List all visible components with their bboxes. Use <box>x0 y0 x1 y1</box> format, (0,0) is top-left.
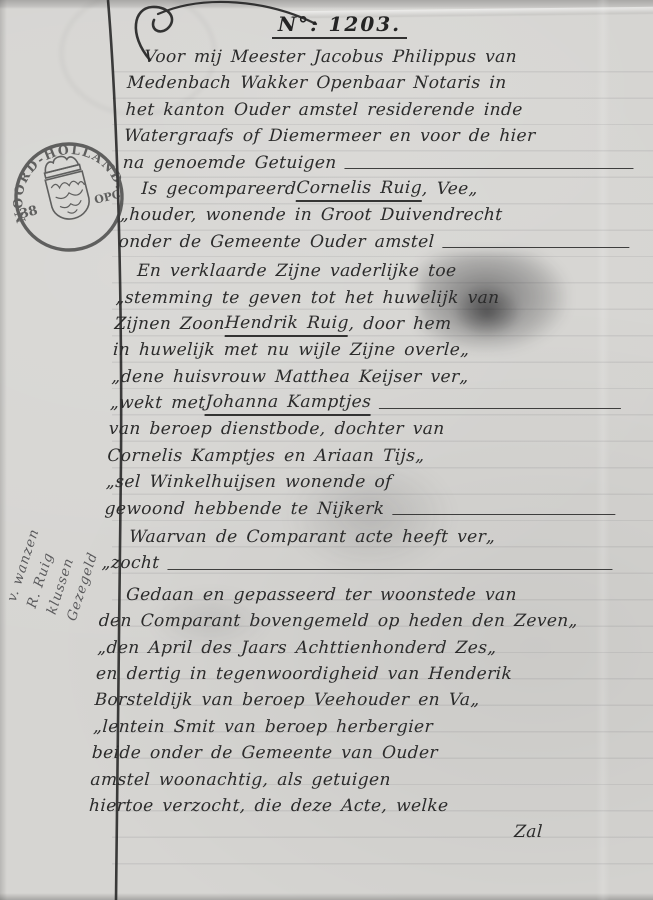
text-segment: „dene huisvrouw Matthea Keijser ver„ <box>111 364 470 390</box>
text-segment: van beroep dienstbode, dochter van <box>108 416 445 442</box>
text-segment: Zal <box>513 819 543 845</box>
doc-number: N°: 1203. <box>272 12 407 39</box>
doc-number-row: N°: 1203. <box>128 12 641 39</box>
document-line: Waarvan de Comparant acte heeft ver„ <box>102 524 616 550</box>
text-segment: Zijnen Zoon <box>114 311 226 337</box>
revenue-stamp: NOORD-HOLLAND. 38 OPC <box>8 136 130 258</box>
text-segment: Medenbach Wakker Openbaar Notaris in <box>126 70 507 96</box>
inline-rule <box>167 569 612 570</box>
text-segment: den Comparant bovengemeld op heden den Z… <box>98 608 579 634</box>
text-segment: „den April des Jaars Achttienhonderd Zes… <box>97 635 498 661</box>
document-line: Zal <box>87 819 601 845</box>
text-segment: Borsteldijk van beroep Veehouder en Va„ <box>94 687 480 713</box>
text-segment: En verklaarde Zijne vaderlijke toe <box>136 258 457 284</box>
text-segment: „stemming te geven tot het huwelijk van <box>115 285 500 311</box>
inline-rule <box>379 408 621 409</box>
crowned-lion-shield-icon <box>41 152 93 223</box>
document-line: onder de Gemeente Ouder amstel <box>118 229 632 255</box>
inline-rule <box>344 168 633 169</box>
document-line: gewoond hebbende te Nijkerk <box>104 496 618 522</box>
text-segment: „sel Winkelhuijsen wonende of <box>105 469 392 495</box>
document-line: „den April des Jaars Achttienhonderd Zes… <box>97 635 611 661</box>
text-segment: , Vee„ <box>421 176 478 202</box>
text-segment: en dertig in tegenwoordigheid van Hender… <box>95 661 513 687</box>
document-line: beide onder de Gemeente van Ouder <box>91 740 605 766</box>
inline-rule <box>392 514 615 515</box>
underlined-name: Cornelis Ruig <box>296 177 423 202</box>
text-segment: Is gecompareerd <box>141 176 297 202</box>
document-line: Voor mij Meester Jacobus Philippus van <box>128 44 642 70</box>
text-segment: het kanton Ouder amstel residerende inde <box>125 97 524 123</box>
document-line: hiertoe verzocht, die deze Acte, welke <box>88 793 602 819</box>
text-segment: „houder, wonende in Groot Duivendrecht <box>119 202 503 228</box>
underlined-name: Johanna Kamptjes <box>205 391 372 416</box>
text-segment: , door hem <box>348 311 452 337</box>
text-segment: Voor mij Meester Jacobus Philippus van <box>144 44 518 70</box>
left-edge-shadow <box>0 0 7 900</box>
text-segment: in huwelijk met nu wijle Zijne overle„ <box>112 337 470 363</box>
text-segment: Cornelis Kamptjes en Ariaan Tijs„ <box>107 443 426 469</box>
document-line: „stemming te geven tot het huwelijk van <box>115 285 629 311</box>
text-segment: „lentein Smit van beroep herbergier <box>93 714 434 740</box>
document-line: „houder, wonende in Groot Duivendrecht <box>119 202 633 228</box>
stamp-left-value: 38 <box>18 203 39 222</box>
text-segment: beide onder de Gemeente van Ouder <box>91 740 438 766</box>
document-line: Cornelis Kamptjes en Ariaan Tijs„ <box>107 443 621 469</box>
text-segment: hiertoe verzocht, die deze Acte, welke <box>88 793 449 819</box>
document-body: Voor mij Meester Jacobus Philippus vanMe… <box>87 44 642 846</box>
document-line: Watergraafs of Diemermeer en voor de hie… <box>123 123 637 149</box>
bottom-edge-shadow <box>0 893 653 900</box>
document-line: „zocht <box>101 550 615 576</box>
document-line: na genoemde Getuigen <box>122 150 636 176</box>
document-line: den Comparant bovengemeld op heden den Z… <box>98 608 612 634</box>
text-segment: Gedaan en gepasseerd ter woonstede van <box>125 582 517 608</box>
document-line: Gedaan en gepasseerd ter woonstede van <box>99 582 613 608</box>
text-segment: Watergraafs of Diemermeer en voor de hie… <box>123 123 536 149</box>
underlined-name: Hendrik Ruig <box>224 312 349 337</box>
document-line: „sel Winkelhuijsen wonende of <box>105 469 619 495</box>
text-segment: gewoond hebbende te Nijkerk <box>104 496 385 522</box>
document-line: „dene huisvrouw Matthea Keijser ver„ <box>111 364 625 390</box>
document-line: „wekt met Johanna Kamptjes <box>109 390 623 416</box>
document-line: in huwelijk met nu wijle Zijne overle„ <box>112 337 626 363</box>
document-line: Is gecompareerd Cornelis Ruig, Vee„ <box>121 176 635 202</box>
document-line: amstel woonachtig, als getuigen <box>90 767 604 793</box>
document-line: het kanton Ouder amstel residerende inde <box>125 97 639 123</box>
text-segment: Waarvan de Comparant acte heeft ver„ <box>128 524 496 550</box>
text-segment: amstel woonachtig, als getuigen <box>90 767 392 793</box>
document-line: Borsteldijk van beroep Veehouder en Va„ <box>94 687 608 713</box>
inline-rule <box>442 247 629 248</box>
document-line: En verklaarde Zijne vaderlijke toe <box>116 258 630 284</box>
document-line: van beroep dienstbode, dochter van <box>108 416 622 442</box>
text-segment: na genoemde Getuigen <box>122 150 337 176</box>
document-line: Zijnen Zoon Hendrik Ruig, door hem <box>114 311 628 337</box>
document-line: Medenbach Wakker Openbaar Notaris in <box>126 70 640 96</box>
document-line: „lentein Smit van beroep herbergier <box>93 714 607 740</box>
document-line: en dertig in tegenwoordigheid van Hender… <box>95 661 609 687</box>
text-segment: „zocht <box>101 550 160 576</box>
scanned-notarial-act: NOORD-HOLLAND. 38 OPC v. wanzenR. Ruigkl… <box>0 0 653 900</box>
stamp-right-value: OPC <box>93 188 122 207</box>
text-segment: „wekt met <box>109 390 206 416</box>
text-segment: onder de Gemeente Ouder amstel <box>118 229 435 255</box>
